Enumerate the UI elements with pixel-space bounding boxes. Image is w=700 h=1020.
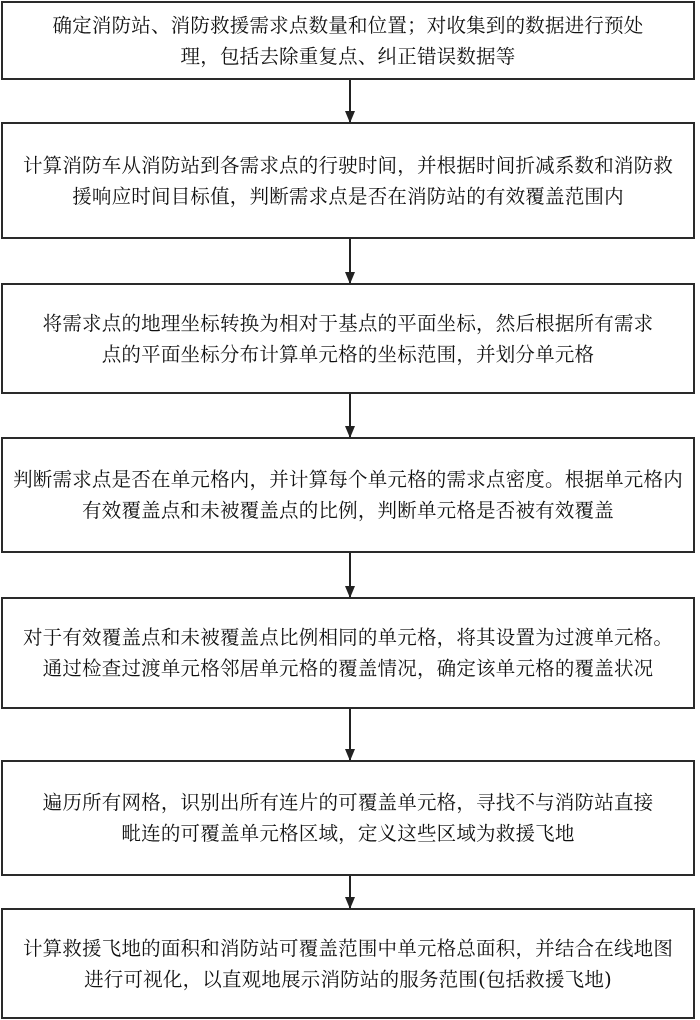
arrow-down-icon bbox=[349, 876, 351, 908]
step-6-box: 遍历所有网格，识别出所有连片的可覆盖单元格，寻找不与消防站直接毗连的可覆盖单元格… bbox=[1, 760, 695, 876]
step-3-box: 将需求点的地理坐标转换为相对于基点的平面坐标，然后根据所有需求点的平面坐标分布计… bbox=[1, 283, 695, 394]
step-2-text: 计算消防车从消防站到各需求点的行驶时间，并根据时间折减系数和消防救援响应时间目标… bbox=[3, 150, 693, 212]
step-1-box: 确定消防站、消防救援需求点数量和位置；对收集到的数据进行预处理，包括去除重复点、… bbox=[1, 1, 695, 80]
arrow-down-icon bbox=[349, 709, 351, 760]
step-4-box: 判断需求点是否在单元格内，并计算每个单元格的需求点密度。根据单元格内有效覆盖点和… bbox=[1, 437, 695, 553]
step-4-text: 判断需求点是否在单元格内，并计算每个单元格的需求点密度。根据单元格内有效覆盖点和… bbox=[3, 464, 693, 526]
arrow-down-icon bbox=[349, 80, 351, 122]
arrow-down-icon bbox=[349, 394, 351, 437]
arrow-down-icon bbox=[349, 239, 351, 283]
step-5-box: 对于有效覆盖点和未被覆盖点比例相同的单元格，将其设置为过渡单元格。通过检查过渡单… bbox=[1, 597, 695, 709]
step-1-text: 确定消防站、消防救援需求点数量和位置；对收集到的数据进行预处理，包括去除重复点、… bbox=[3, 10, 693, 72]
step-3-text: 将需求点的地理坐标转换为相对于基点的平面坐标，然后根据所有需求点的平面坐标分布计… bbox=[3, 308, 693, 370]
step-2-box: 计算消防车从消防站到各需求点的行驶时间，并根据时间折减系数和消防救援响应时间目标… bbox=[1, 122, 695, 239]
step-5-text: 对于有效覆盖点和未被覆盖点比例相同的单元格，将其设置为过渡单元格。通过检查过渡单… bbox=[3, 622, 693, 684]
arrow-down-icon bbox=[349, 553, 351, 597]
step-6-text: 遍历所有网格，识别出所有连片的可覆盖单元格，寻找不与消防站直接毗连的可覆盖单元格… bbox=[3, 787, 693, 849]
step-7-text: 计算救援飞地的面积和消防站可覆盖范围中单元格总面积，并结合在线地图进行可视化，以… bbox=[3, 933, 693, 995]
step-7-box: 计算救援飞地的面积和消防站可覆盖范围中单元格总面积，并结合在线地图进行可视化，以… bbox=[1, 908, 695, 1019]
